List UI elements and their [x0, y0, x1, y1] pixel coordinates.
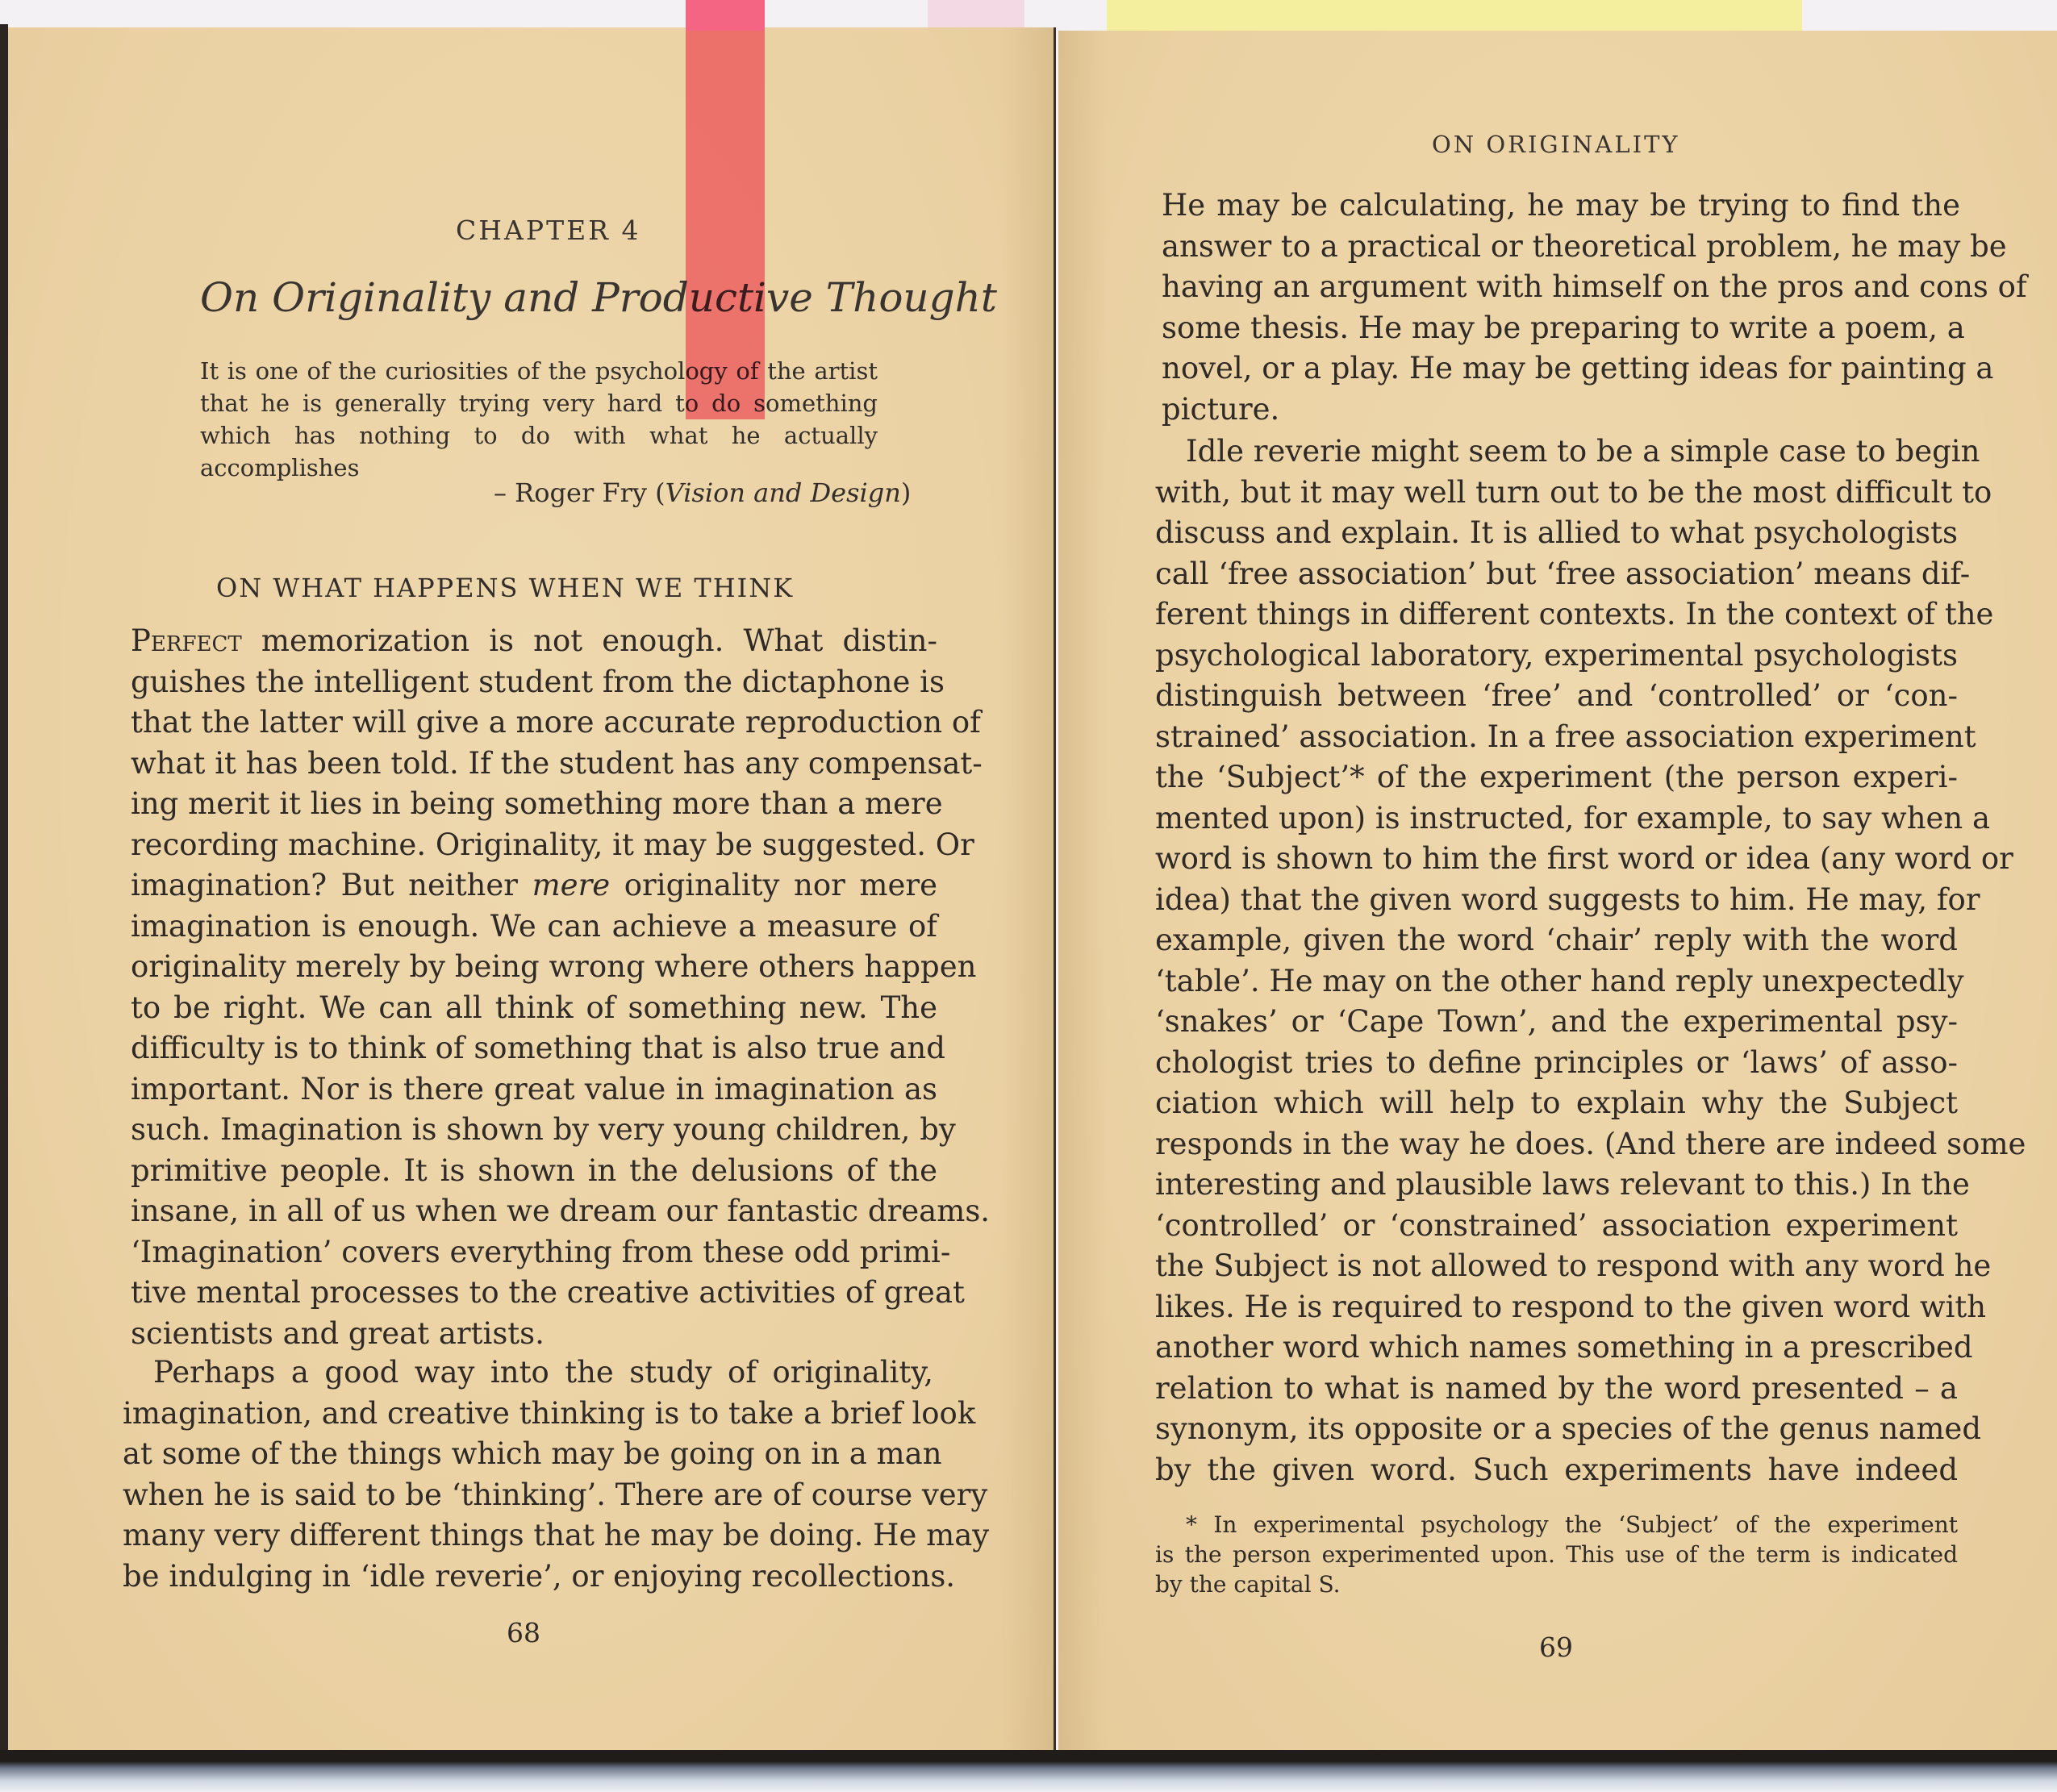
chapter-title: On Originality and Productive Thought	[200, 274, 997, 321]
text-line: at some of the things which may be going…	[123, 1434, 933, 1475]
text-line: discuss and explain. It is allied to wha…	[1155, 513, 1958, 554]
yellow-sticky-flag	[1107, 0, 1802, 33]
text-line: what it has been told. If the student ha…	[131, 744, 937, 785]
text-line: call ‘free association’ but ‘free associ…	[1155, 554, 1958, 595]
text-line: primitive people. It is shown in the del…	[131, 1151, 937, 1192]
smallcaps-lead-word: Perfect	[131, 623, 242, 658]
text-line: scientists and great artists.	[131, 1314, 937, 1355]
text-line: guishes the intelligent student from the…	[131, 662, 937, 703]
attribution-work: Vision and Design	[665, 477, 901, 508]
footnote-line: * In experimental psychology the ‘Subjec…	[1155, 1510, 1958, 1540]
faint-pink-flag	[928, 0, 1024, 29]
text-line: such. Imagination is shown by very young…	[131, 1110, 937, 1151]
text-line: that the latter will give a more accurat…	[131, 702, 937, 744]
text-line: tive mental processes to the creative ac…	[131, 1273, 937, 1314]
text-line: imagination? But neither mere originalit…	[131, 865, 937, 906]
page-number-left: 68	[507, 1617, 540, 1648]
epigraph-attribution: – Roger Fry (Vision and Design)	[494, 477, 911, 508]
text-line: the ‘Subject’* of the experiment (the pe…	[1155, 757, 1958, 798]
book-spine	[1054, 27, 1056, 1753]
page-number-right: 69	[1539, 1632, 1573, 1663]
text-line: some thesis. He may be preparing to writ…	[1162, 308, 1960, 349]
text-line: example, given the word ‘chair’ reply wi…	[1155, 920, 1958, 961]
attribution-close: )	[901, 477, 911, 508]
text-line: synonym, its opposite or a species of th…	[1155, 1409, 1958, 1450]
italic-emphasis: mere	[532, 868, 611, 902]
left-paragraph-2: Perhaps a good way into the study of ori…	[123, 1352, 933, 1597]
text-line: another word which names something in a …	[1155, 1327, 1958, 1369]
text-fragment: imagination? But neither	[131, 868, 532, 902]
text-line: novel, or a play. He may be getting idea…	[1162, 348, 1960, 390]
text-line: many very different things that he may b…	[123, 1515, 933, 1557]
text-line: to be right. We can all think of somethi…	[131, 988, 937, 1029]
text-line: with, but it may well turn out to be the…	[1155, 473, 1958, 514]
text-line: ‘table’. He may on the other hand reply …	[1155, 961, 1958, 1002]
text-line: ‘controlled’ or ‘constrained’ associatio…	[1155, 1206, 1958, 1247]
text-line: be indulging in ‘idle reverie’, or enjoy…	[123, 1557, 933, 1598]
text-line: relation to what is named by the word pr…	[1155, 1369, 1958, 1410]
text-line: difficulty is to think of something that…	[131, 1028, 937, 1069]
left-paragraph-1: Perfect memorization is not enough. What…	[131, 621, 937, 1354]
gutter-shadow-right	[1058, 31, 1107, 1753]
text-line: responds in the way he does. (And there …	[1155, 1124, 1958, 1165]
text-line: interesting and plausible laws relevant …	[1155, 1165, 1958, 1206]
text-line: imagination, and creative thinking is to…	[123, 1394, 933, 1435]
text-line: ciation which will help to explain why t…	[1155, 1083, 1958, 1124]
gutter-shadow-left	[1000, 27, 1054, 1753]
text-line: when he is said to be ‘thinking’. There …	[123, 1475, 933, 1516]
text-line: by the given word. Such experiments have…	[1155, 1450, 1958, 1491]
attribution-author: – Roger Fry (	[494, 477, 665, 508]
text-line: recording machine. Originality, it may b…	[131, 825, 937, 866]
right-paragraph-1: He may be calculating, he may be trying …	[1162, 185, 1960, 430]
text-line: likes. He is required to respond to the …	[1155, 1287, 1958, 1328]
scanner-background-bottom	[0, 1750, 2057, 1792]
text-line: originality merely by being wrong where …	[131, 947, 937, 988]
text-line: imagination is enough. We can achieve a …	[131, 906, 937, 948]
text-line: chologist tries to define principles or …	[1155, 1043, 1958, 1084]
right-paragraph-2: Idle reverie might seem to be a simple c…	[1155, 431, 1958, 1490]
text-line: ‘snakes’ or ‘Cape Town’, and the experim…	[1155, 1002, 1958, 1043]
text-line: Perfect memorization is not enough. What…	[131, 621, 937, 662]
text-line: strained’ association. In a free associa…	[1155, 717, 1958, 758]
text-line: idea) that the given word suggests to hi…	[1155, 880, 1958, 921]
epigraph: It is one of the curiosities of the psyc…	[200, 355, 878, 484]
text-fragment: memorization is not enough. What distin-	[242, 623, 937, 658]
text-line: Idle reverie might seem to be a simple c…	[1155, 431, 1958, 473]
text-line: ‘Imagination’ covers everything from the…	[131, 1232, 937, 1273]
footnote-line: is the person experimented upon. This us…	[1155, 1540, 1958, 1569]
footnote: * In experimental psychology the ‘Subjec…	[1155, 1510, 1958, 1599]
text-line: ferent things in different contexts. In …	[1155, 594, 1958, 636]
pink-bookmark-flag	[686, 0, 765, 419]
book-cover-edge	[0, 24, 8, 1758]
text-line: answer to a practical or theoretical pro…	[1162, 227, 1960, 268]
text-line: psychological laboratory, experimental p…	[1155, 636, 1958, 677]
text-line: mented upon) is instructed, for example,…	[1155, 798, 1958, 840]
text-line: word is shown to him the first word or i…	[1155, 839, 1958, 880]
chapter-label: CHAPTER 4	[456, 215, 641, 246]
text-line: insane, in all of us when we dream our f…	[131, 1191, 937, 1232]
text-line: ing merit it lies in being something mor…	[131, 784, 937, 825]
text-fragment: originality nor mere	[610, 868, 937, 902]
text-line: the Subject is not allowed to respond wi…	[1155, 1246, 1958, 1287]
section-heading: ON WHAT HAPPENS WHEN WE THINK	[216, 573, 794, 603]
text-line: picture.	[1162, 390, 1960, 431]
text-line: He may be calculating, he may be trying …	[1162, 185, 1960, 227]
text-line: distinguish between ‘free’ and ‘controll…	[1155, 676, 1958, 717]
text-line: Perhaps a good way into the study of ori…	[123, 1352, 933, 1394]
running-head: ON ORIGINALITY	[1432, 131, 1680, 158]
footnote-line: by the capital S.	[1155, 1569, 1958, 1599]
text-line: having an argument with himself on the p…	[1162, 267, 1960, 308]
text-line: important. Nor is there great value in i…	[131, 1069, 937, 1111]
